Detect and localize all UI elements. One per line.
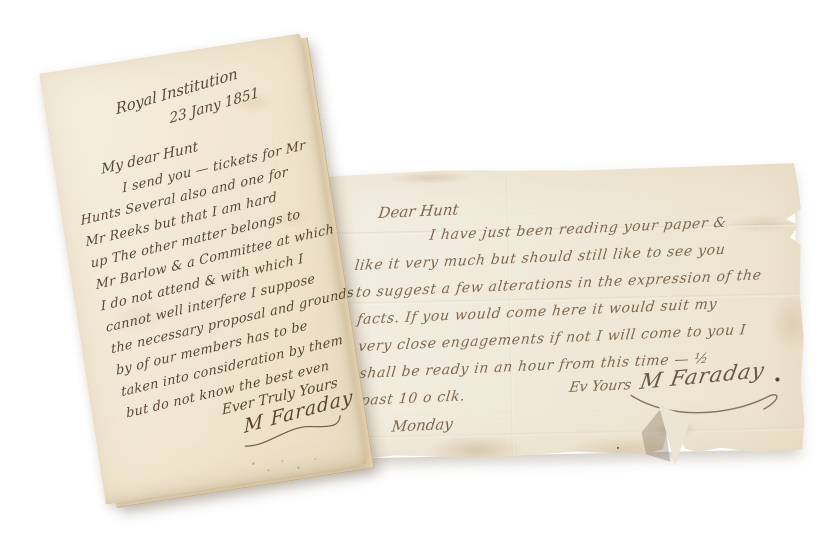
right-letter: Dear Hunt I have just been reading your … [320,163,806,461]
letter-line: very close engagements if not I will com… [357,322,747,355]
letter-line: past 10 o clk. [360,388,466,409]
left-letter: Royal Institution 23 Jany 1851 My dear H… [39,33,367,504]
right-letter-paper: Dear Hunt I have just been reading your … [320,163,806,461]
letter-line: I have just been reading your paper & [429,215,728,244]
salutation: Dear Hunt [377,200,459,222]
left-letter-text: Royal Institution 23 Jany 1851 My dear H… [24,26,381,511]
signature-flourish [627,384,788,425]
letter-line: facts. If you would come here it would s… [356,296,718,328]
dateline: Monday [391,415,454,436]
photo-canvas: Dear Hunt I have just been reading your … [0,0,840,543]
right-letter-text: Dear Hunt I have just been reading your … [317,158,809,467]
closing: Ev Yours [568,377,632,396]
letter-line: like it very much but should still like … [354,242,727,274]
